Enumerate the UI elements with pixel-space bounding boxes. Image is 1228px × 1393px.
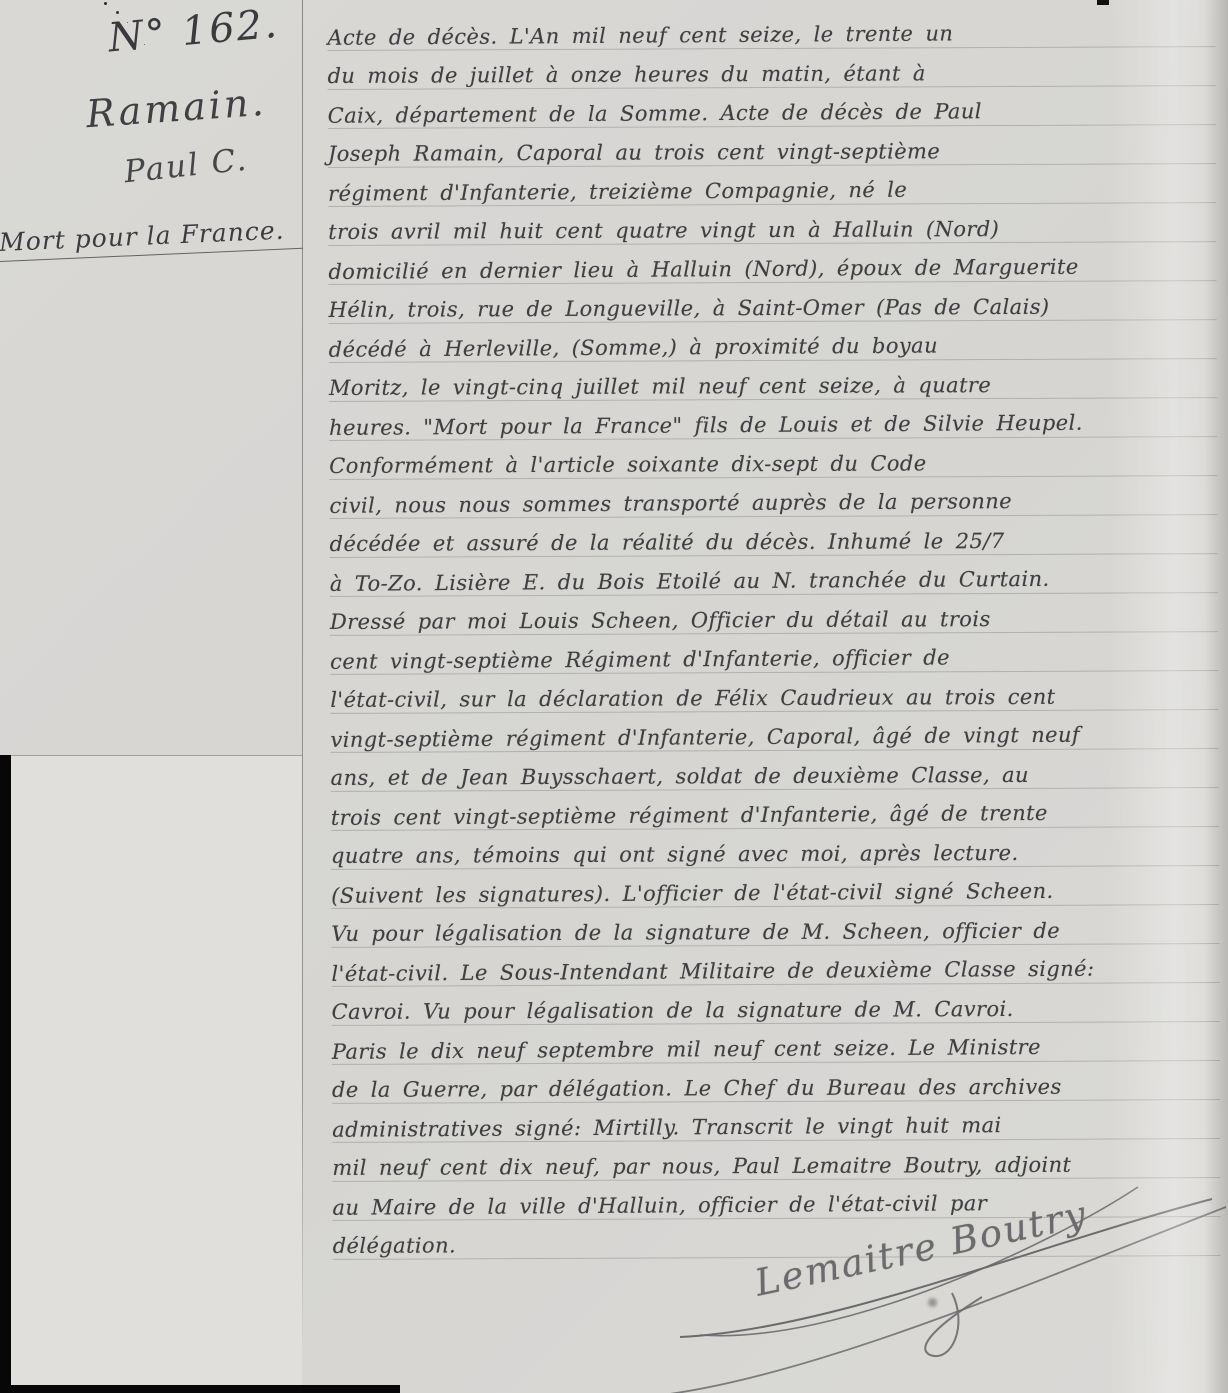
text-line-content: l'état-civil, sur la déclaration de Féli… bbox=[330, 685, 1055, 712]
text-line-content: l'état-civil. Le Sous-Intendant Militair… bbox=[331, 957, 1094, 986]
text-line: (Suivent les signatures). L'officier de … bbox=[331, 866, 1219, 909]
text-line-content: décédée et assuré de la réalité du décès… bbox=[330, 529, 1005, 556]
text-line-content: Paris le dix neuf septembre mil neuf cen… bbox=[332, 1035, 1041, 1064]
text-line: Hélin, trois, rue de Longueville, à Sain… bbox=[328, 281, 1216, 324]
text-line: au Maire de la ville d'Halluin, officier… bbox=[332, 1178, 1220, 1221]
margin-rule-line bbox=[302, 0, 303, 1352]
text-line: trois avril mil huit cent quatre vingt u… bbox=[328, 203, 1216, 246]
text-line-content: régiment d'Infanterie, treizième Compagn… bbox=[328, 178, 907, 206]
text-line-content: trois cent vingt-septième régiment d'Inf… bbox=[331, 801, 1048, 830]
text-line-content: Conformément à l'article soixante dix-se… bbox=[329, 451, 926, 478]
text-line-content: administratives signé: Mirtilly. Transcr… bbox=[332, 1113, 1002, 1142]
text-line: décédée et assuré de la réalité du décès… bbox=[329, 515, 1217, 558]
text-line: Acte de décès. L'An mil neuf cent seize,… bbox=[327, 8, 1215, 51]
text-line-content: civil, nous nous sommes transporté auprè… bbox=[329, 489, 1012, 518]
text-line-content: (Suivent les signatures). L'officier de … bbox=[331, 879, 1054, 908]
text-line: vingt-septième régiment d'Infanterie, Ca… bbox=[330, 710, 1218, 753]
text-line: décédé à Herleville, (Somme,) à proximit… bbox=[329, 320, 1217, 363]
text-line: Joseph Ramain, Caporal au trois cent vin… bbox=[328, 125, 1216, 168]
text-line: administratives signé: Mirtilly. Transcr… bbox=[332, 1100, 1220, 1143]
text-line-content: Dressé par moi Louis Scheen, Officier du… bbox=[330, 607, 991, 634]
text-line: domicilié en dernier lieu à Halluin (Nor… bbox=[328, 242, 1216, 285]
text-line-content: de la Guerre, par délégation. Le Chef du… bbox=[332, 1075, 1062, 1102]
act-number: N° 162. bbox=[106, 0, 329, 61]
deceased-surname: Ramain. bbox=[85, 80, 268, 136]
text-line: quatre ans, témoins qui ont signé avec m… bbox=[331, 827, 1219, 870]
text-line-content: à To-Zo. Lisière E. du Bois Etoilé au N.… bbox=[330, 567, 1050, 596]
text-line: l'état-civil, sur la déclaration de Féli… bbox=[330, 671, 1218, 714]
text-line: délégation. bbox=[333, 1217, 1221, 1260]
text-line-content: Moritz, le vingt-cinq juillet mil neuf c… bbox=[329, 373, 991, 400]
text-line: Cavroi. Vu pour légalisation de la signa… bbox=[332, 983, 1220, 1026]
text-line-content: délégation. bbox=[333, 1233, 456, 1258]
text-line-content: trois avril mil huit cent quatre vingt u… bbox=[328, 217, 999, 244]
overlapping-sheet-edge bbox=[0, 755, 302, 1393]
text-line: l'état-civil. Le Sous-Intendant Militair… bbox=[331, 944, 1219, 987]
text-line-content: Vu pour légalisation de la signature de … bbox=[331, 919, 1060, 946]
text-line-content: Acte de décès. L'An mil neuf cent seize,… bbox=[327, 21, 953, 49]
text-line: trois cent vingt-septième régiment d'Inf… bbox=[331, 788, 1219, 831]
text-line: à To-Zo. Lisière E. du Bois Etoilé au N.… bbox=[330, 554, 1218, 597]
text-line-content: Caix, département de la Somme. Acte de d… bbox=[328, 99, 982, 128]
text-line-content: du mois de juillet à onze heures du mati… bbox=[328, 61, 926, 88]
text-line: de la Guerre, par délégation. Le Chef du… bbox=[332, 1061, 1220, 1104]
act-body-text: Acte de décès. L'An mil neuf cent seize,… bbox=[327, 8, 1220, 1260]
text-line-content: décédé à Herleville, (Somme,) à proximit… bbox=[329, 333, 938, 361]
text-line: Paris le dix neuf septembre mil neuf cen… bbox=[332, 1022, 1220, 1065]
text-line: ans, et de Jean Buysschaert, soldat de d… bbox=[331, 749, 1219, 792]
scan-artifact-bottom-strip bbox=[0, 1385, 400, 1393]
text-line: civil, nous nous sommes transporté auprè… bbox=[329, 476, 1217, 519]
text-line-content: au Maire de la ville d'Halluin, officier… bbox=[332, 1191, 987, 1220]
text-line: régiment d'Infanterie, treizième Compagn… bbox=[328, 164, 1216, 207]
text-line: Dressé par moi Louis Scheen, Officier du… bbox=[330, 593, 1218, 636]
text-line-content: cent vingt-septième Régiment d'Infanteri… bbox=[330, 645, 950, 673]
ink-blot bbox=[928, 1298, 937, 1307]
text-line-content: Hélin, trois, rue de Longueville, à Sain… bbox=[329, 295, 1050, 322]
text-line-content: vingt-septième régiment d'Infanterie, Ca… bbox=[330, 723, 1080, 752]
mort-pour-la-france-mention: Mort pour la France. bbox=[0, 215, 303, 262]
text-line-content: Cavroi. Vu pour légalisation de la signa… bbox=[332, 997, 1014, 1024]
text-line: Vu pour légalisation de la signature de … bbox=[331, 905, 1219, 948]
text-line-content: heures. "Mort pour la France" fils de Lo… bbox=[329, 411, 1083, 440]
text-line: heures. "Mort pour la France" fils de Lo… bbox=[329, 398, 1217, 441]
scanned-death-record-page: N° 162. Ramain. Paul C. Mort pour la Fra… bbox=[0, 0, 1228, 1393]
text-line: mil neuf cent dix neuf, par nous, Paul L… bbox=[332, 1139, 1220, 1182]
text-line: Caix, département de la Somme. Acte de d… bbox=[328, 86, 1216, 129]
text-line-content: mil neuf cent dix neuf, par nous, Paul L… bbox=[332, 1153, 1071, 1180]
scan-artifact-left-strip bbox=[0, 755, 11, 1393]
text-line: cent vingt-septième Régiment d'Infanteri… bbox=[330, 632, 1218, 675]
ink-speckles bbox=[104, 2, 107, 5]
text-line: Conformément à l'article soixante dix-se… bbox=[329, 437, 1217, 480]
text-line-content: ans, et de Jean Buysschaert, soldat de d… bbox=[331, 763, 1029, 790]
text-line-content: quatre ans, témoins qui ont signé avec m… bbox=[331, 841, 1019, 868]
text-line-content: Joseph Ramain, Caporal au trois cent vin… bbox=[328, 139, 940, 166]
scan-artifact-top-mark bbox=[1097, 0, 1109, 5]
deceased-given-name: Paul C. bbox=[122, 142, 249, 191]
text-line: Moritz, le vingt-cinq juillet mil neuf c… bbox=[329, 359, 1217, 402]
text-line: du mois de juillet à onze heures du mati… bbox=[327, 47, 1215, 90]
text-line-content: domicilié en dernier lieu à Halluin (Nor… bbox=[328, 255, 1078, 284]
